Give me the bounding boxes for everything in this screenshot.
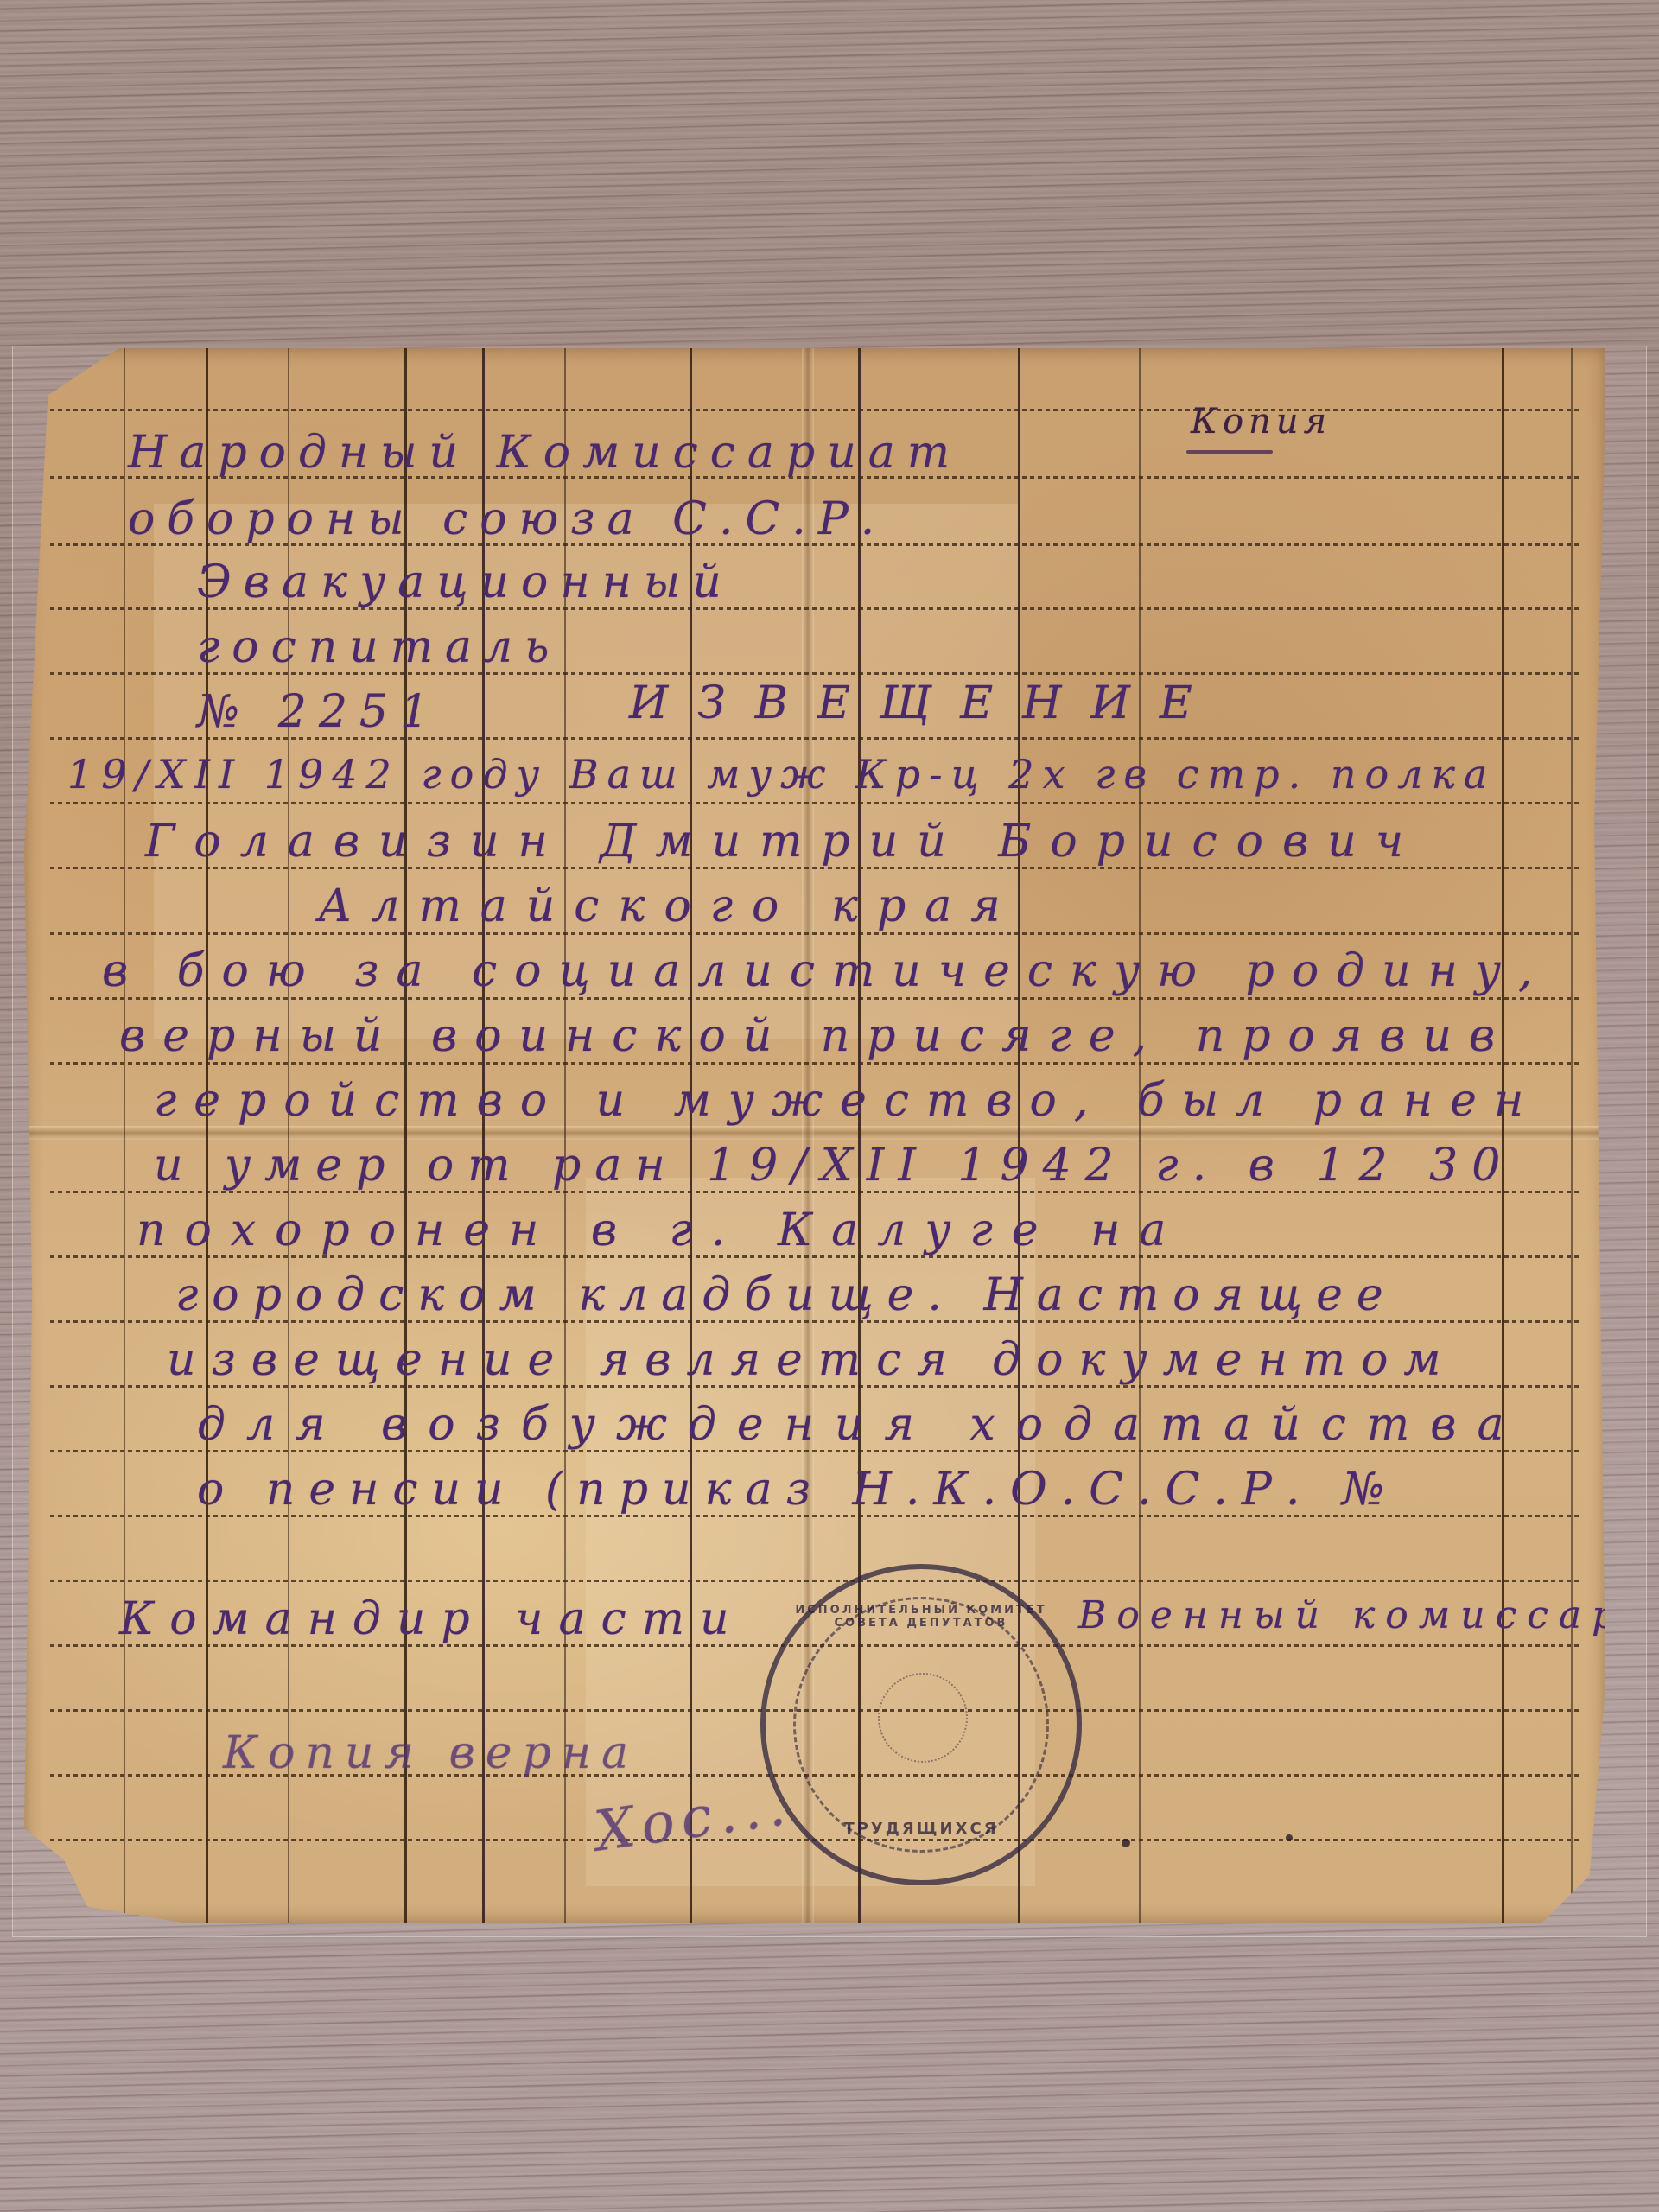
ink-blot [1122,1839,1130,1847]
copy-mark-underline [1186,450,1273,454]
row-rule [50,1062,1580,1065]
row-rule [50,997,1580,1000]
header-line-hospital: госпиталь [197,625,561,670]
certification-text: Копия верна [223,1731,639,1776]
stamp-text-bottom: ТРУДЯЩИХСЯ [766,1820,1077,1838]
body-line-7: и умер от ран 19/XII 1942 г. в 12 30 [154,1143,1514,1188]
column-rule [124,348,125,1923]
copy-mark: Копия [1191,404,1332,439]
row-rule [50,802,1580,804]
body-line-5: верный воинской присяге, проявив [119,1014,1512,1058]
stamp-emblem-icon [878,1673,968,1763]
header-line-evacuation: Эвакуационный [197,560,734,605]
row-rule [50,932,1580,935]
body-line-1: 19/XII 1942 году Ваш муж Кр-ц 2х гв стр.… [67,754,1496,794]
header-line-number: № 2251 [197,690,441,734]
stamp-text-top: ИСПОЛНИТЕЛЬНЫЙ КОМИТЕТ СОВЕТА ДЕПУТАТОВ [766,1604,1077,1630]
body-line-8: похоронен в г. Калуге на [137,1208,1185,1253]
notice-title: ИЗВЕЩЕНИЕ [629,681,1222,726]
official-round-stamp: ИСПОЛНИТЕЛЬНЫЙ КОМИТЕТ СОВЕТА ДЕПУТАТОВ … [760,1564,1082,1885]
column-rule [1139,348,1141,1923]
horizontal-fold [24,1126,1605,1140]
body-line-2: Голавизин Дмитрий Борисович [145,819,1422,864]
body-line-10: извещение является документом [167,1338,1457,1382]
row-rule [50,409,1580,411]
row-rule [50,1580,1580,1582]
commissar-label: Военный комиссар [1078,1597,1626,1635]
body-line-12: о пенсии (приказ Н.К.О.С.С.Р. № [197,1467,1398,1512]
body-line-4: в бою за социалистическую родину, [102,949,1550,994]
body-line-9: городском кладбище. Настоящее [175,1273,1397,1318]
column-rule [1502,348,1504,1923]
header-line-commissariat: Народный Комиссариат [128,430,962,475]
commander-label: Командир части [119,1597,744,1642]
column-rule [1571,348,1573,1923]
header-line-defense: обороны союза С.С.Р. [128,497,887,542]
body-line-6: геройство и мужество, был ранен [154,1078,1541,1123]
body-line-11: для возбуждения ходатайства [197,1402,1525,1447]
ink-blot [1286,1834,1293,1841]
body-line-3: Алтайского края [318,884,1020,929]
